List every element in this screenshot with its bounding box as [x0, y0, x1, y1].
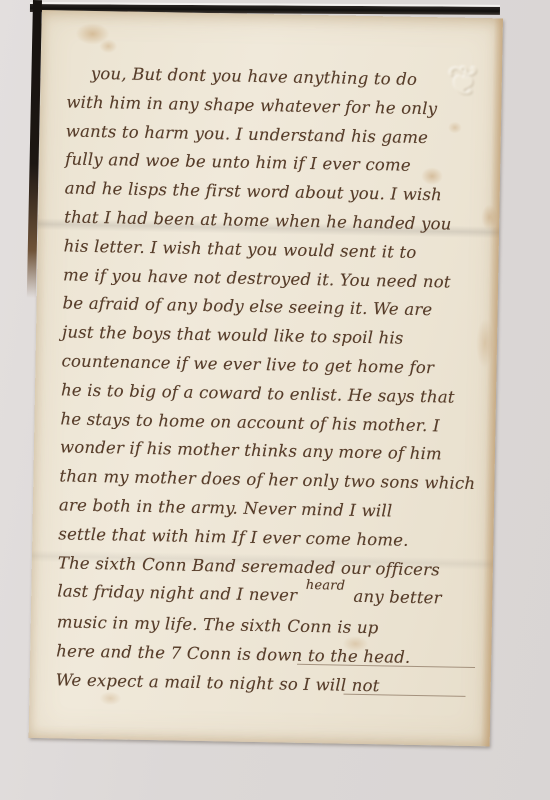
letter-line-segment: last friday night and I never: [57, 582, 297, 605]
letter-text: you, But dont you have anything to do wi…: [29, 10, 502, 703]
inserted-word: heard: [306, 578, 346, 594]
letter-line-segment: any better: [353, 587, 442, 608]
letter-page: ❦ you, But dont you have anything to do …: [29, 10, 503, 746]
